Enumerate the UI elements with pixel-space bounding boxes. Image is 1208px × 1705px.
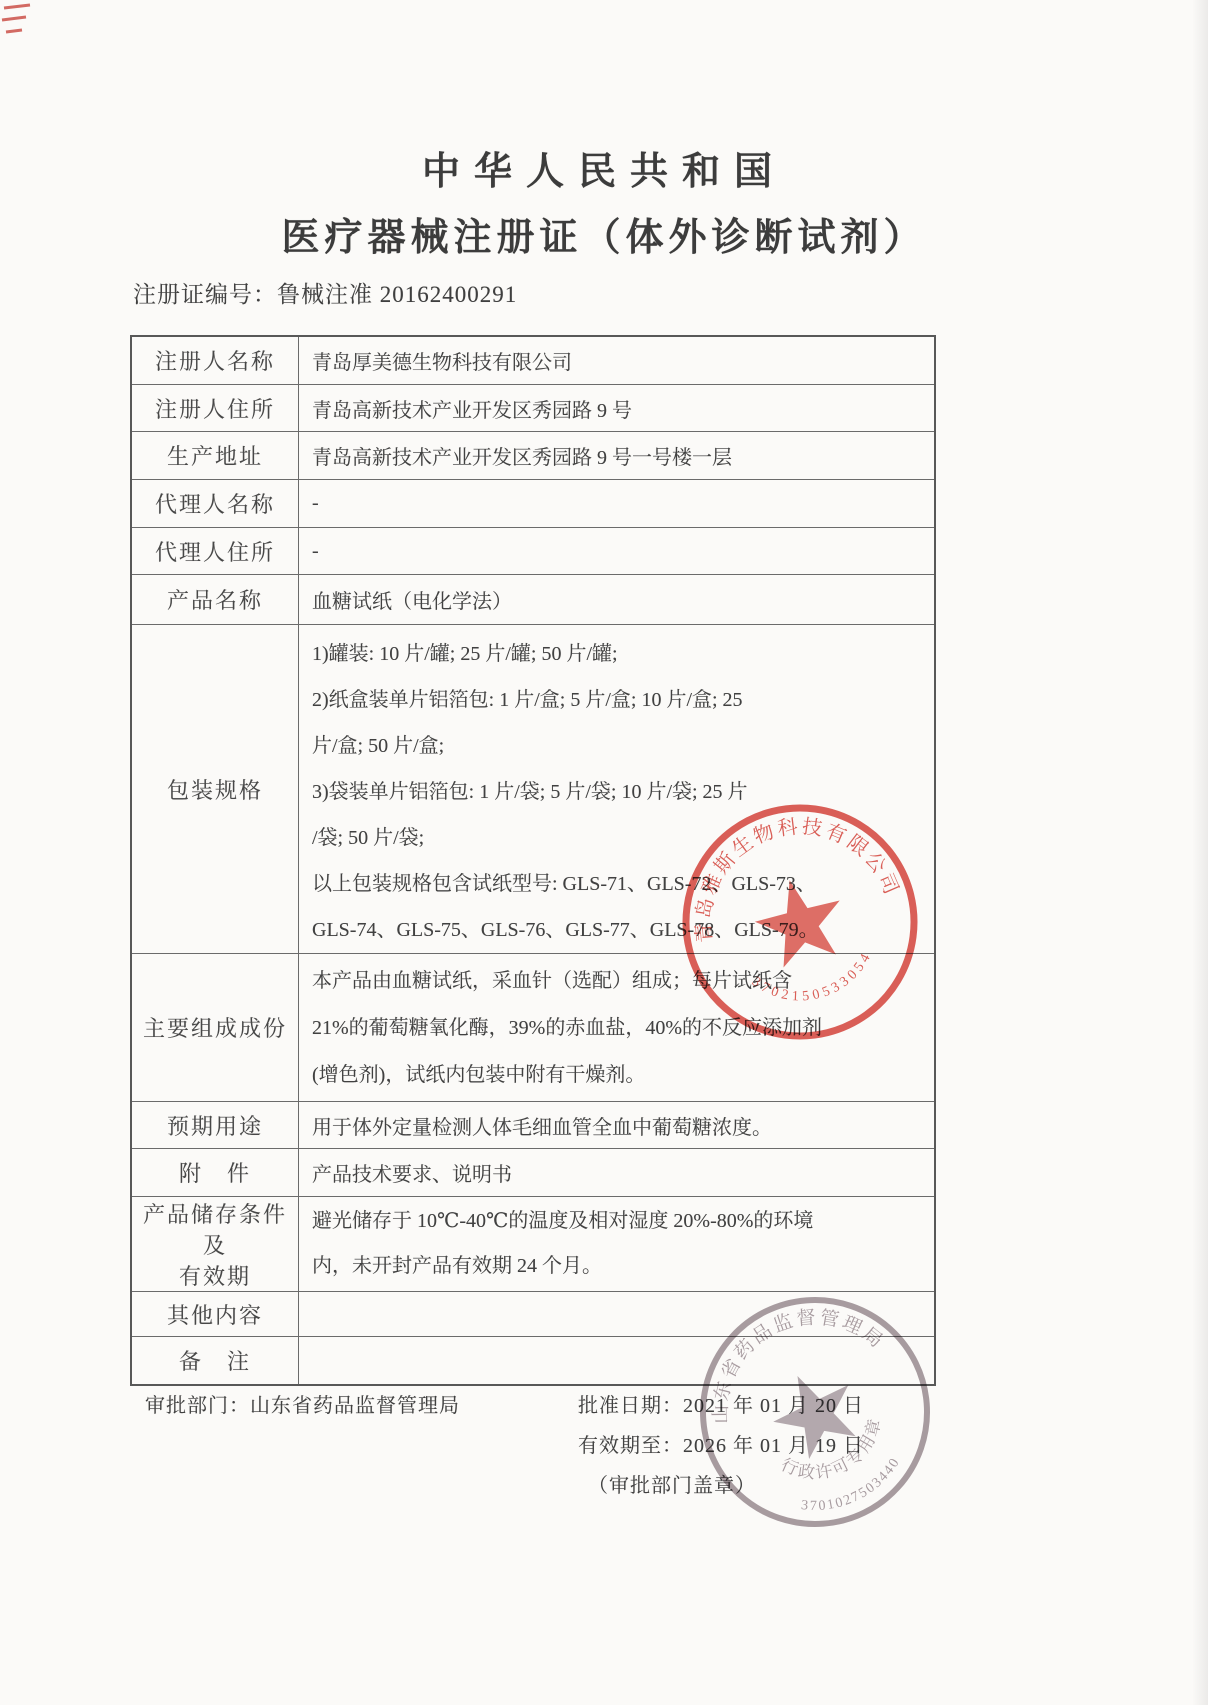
row-value: - <box>299 528 934 574</box>
row-label: 产品储存条件及 有效期 <box>132 1197 299 1291</box>
table-row-agent-address: 代理人住所 - <box>132 528 934 575</box>
scan-artifact-marks <box>0 0 70 60</box>
footer-approve-date: 批准日期：2021 年 01 月 20 日 <box>578 1386 864 1426</box>
row-value: 血糖试纸（电化学法） <box>299 575 934 624</box>
row-value <box>299 1337 934 1384</box>
row-label: 注册人住所 <box>132 385 299 431</box>
row-label: 包装规格 <box>132 625 299 953</box>
row-value: 青岛高新技术产业开发区秀园路 9 号一号楼一层 <box>299 432 934 479</box>
row-label: 主要组成成份 <box>132 954 299 1101</box>
row-label: 注册人名称 <box>132 337 299 384</box>
table-row-remarks: 备 注 <box>132 1337 934 1384</box>
cert-number-label: 注册证编号： <box>133 282 277 307</box>
row-label: 产品名称 <box>132 575 299 624</box>
table-row-main-components: 主要组成成份 本产品由血糖试纸，采血针（选配）组成；每片试纸含 21%的葡萄糖氧… <box>132 954 934 1102</box>
row-label: 附 件 <box>132 1149 299 1196</box>
row-value: 用于体外定量检测人体毛细血管全血中葡萄糖浓度。 <box>299 1102 934 1148</box>
footer-seal-note: （审批部门盖章） <box>578 1466 864 1506</box>
row-label: 预期用途 <box>132 1102 299 1148</box>
row-value: 青岛高新技术产业开发区秀园路 9 号 <box>299 385 934 431</box>
row-value: 本产品由血糖试纸，采血针（选配）组成；每片试纸含 21%的葡萄糖氧化酶，39%的… <box>299 954 934 1101</box>
table-row-production-address: 生产地址 青岛高新技术产业开发区秀园路 9 号一号楼一层 <box>132 432 934 480</box>
cert-number-line: 注册证编号：鲁械注准 20162400291 <box>133 276 517 309</box>
table-row-agent-name: 代理人名称 - <box>132 480 934 528</box>
footer-valid-until: 有效期至：2026 年 01 月 19 日 <box>578 1426 864 1466</box>
row-label: 代理人名称 <box>132 480 299 527</box>
cert-number-value: 鲁械注准 20162400291 <box>277 282 517 307</box>
row-value: 1)罐装: 10 片/罐; 25 片/罐; 50 片/罐; 2)纸盒装单片铝箔包… <box>299 625 934 953</box>
table-row-product-name: 产品名称 血糖试纸（电化学法） <box>132 575 934 625</box>
table-row-intended-use: 预期用途 用于体外定量检测人体毛细血管全血中葡萄糖浓度。 <box>132 1102 934 1149</box>
doc-title-line-1: 中华人民共和国 <box>0 140 1208 195</box>
row-label: 代理人住所 <box>132 528 299 574</box>
table-row-packaging-spec: 包装规格 1)罐装: 10 片/罐; 25 片/罐; 50 片/罐; 2)纸盒装… <box>132 625 934 954</box>
table-row-registrant-name: 注册人名称 青岛厚美德生物科技有限公司 <box>132 337 934 385</box>
row-value <box>299 1292 934 1336</box>
table-row-other-content: 其他内容 <box>132 1292 934 1337</box>
row-value: 青岛厚美德生物科技有限公司 <box>299 337 934 384</box>
row-value: 避光储存于 10℃-40℃的温度及相对湿度 20%-80%的环境 内，未开封产品… <box>299 1197 934 1291</box>
footer-approval-dept: 审批部门：山东省药品监督管理局 <box>145 1389 460 1418</box>
table-row-attachments: 附 件 产品技术要求、说明书 <box>132 1149 934 1197</box>
footer-dates-block: 批准日期：2021 年 01 月 20 日 有效期至：2026 年 01 月 1… <box>578 1386 864 1506</box>
row-value: - <box>299 480 934 527</box>
row-value: 产品技术要求、说明书 <box>299 1149 934 1196</box>
table-row-storage-validity: 产品储存条件及 有效期 避光储存于 10℃-40℃的温度及相对湿度 20%-80… <box>132 1197 934 1292</box>
registration-table: 注册人名称 青岛厚美德生物科技有限公司 注册人住所 青岛高新技术产业开发区秀园路… <box>130 335 936 1386</box>
row-label: 其他内容 <box>132 1292 299 1336</box>
table-row-registrant-address: 注册人住所 青岛高新技术产业开发区秀园路 9 号 <box>132 385 934 432</box>
row-label: 生产地址 <box>132 432 299 479</box>
certificate-page: 中华人民共和国 医疗器械注册证（体外诊断试剂） 注册证编号：鲁械注准 20162… <box>0 0 1208 1705</box>
row-label: 备 注 <box>132 1337 299 1384</box>
doc-title-line-2: 医疗器械注册证（体外诊断试剂） <box>0 206 1208 261</box>
